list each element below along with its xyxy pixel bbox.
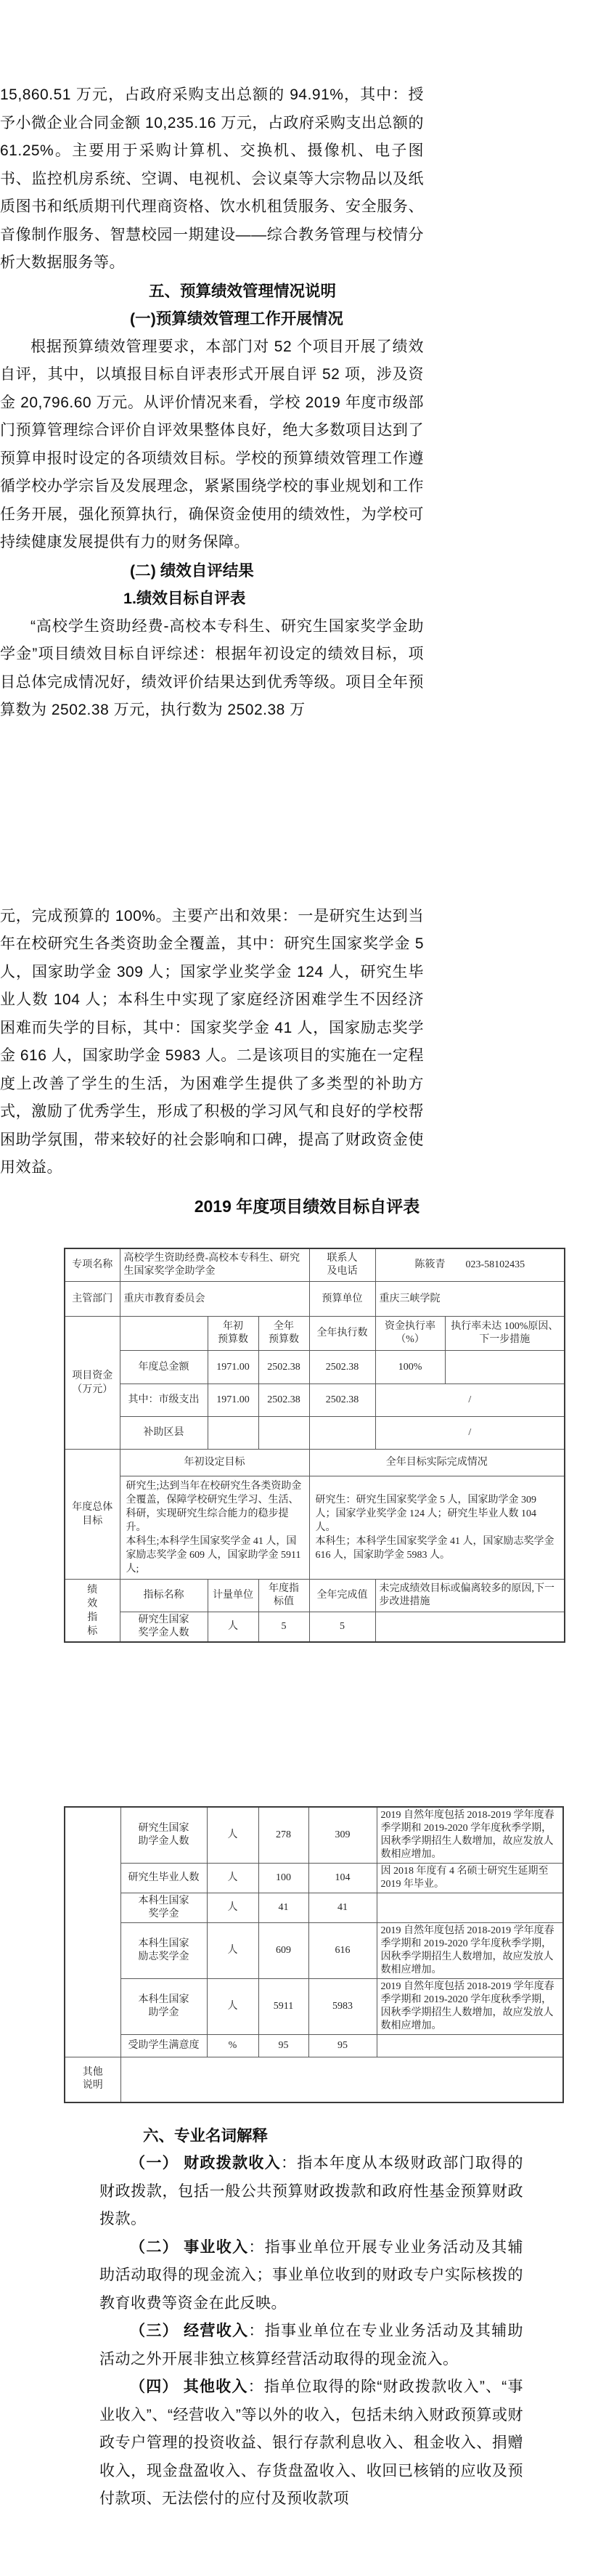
label-project-fund: 项目资金 （万元） — [65, 1317, 120, 1450]
page-break-gap — [0, 1643, 614, 1806]
fund-city-begin: 1971.00 — [208, 1384, 258, 1417]
indicator-actual: 5 — [309, 1612, 375, 1643]
table-row: 补助区县 / — [65, 1417, 565, 1450]
heading-section-6: 六、专业名词解释 — [99, 2122, 523, 2150]
indicator-target: 5911 — [258, 1979, 308, 2035]
table-row: 受助学生满意度 % 95 95 — [65, 2035, 563, 2057]
term-name: （一） 财政拨款收入 — [130, 2155, 281, 2171]
indicator-name: 本科生国家 奖学金 — [120, 1893, 207, 1923]
indicator-actual: 5983 — [308, 1979, 377, 2035]
page-break-gap — [0, 725, 614, 903]
fund-county-year — [258, 1417, 309, 1450]
term-business-income: （三） 经营收入：指事业单位在专业业务活动及其辅助活动之外开展非独立核算经营活动… — [99, 2317, 523, 2373]
indicator-reason: 2019 自然年度包括 2018-2019 学年度春季学期和 2019-2020… — [377, 1807, 563, 1864]
indicator-actual: 41 — [308, 1893, 377, 1923]
heading-5-1: (一)预算绩效管理工作开展情况 — [99, 305, 523, 333]
goal-initial-text: 研究生;达到当年在校研究生各类资助金全覆盖，保障学校研究生学习、生活、科研，实现… — [120, 1476, 309, 1580]
fund-city-exec: 2502.38 — [309, 1384, 375, 1417]
table-row: 年度总金额 1971.00 2502.38 2502.38 100% — [65, 1351, 565, 1384]
empty-cell — [120, 1317, 208, 1351]
indicator-target: 609 — [258, 1923, 308, 1979]
indicator-name: 研究生国家 助学金人数 — [120, 1807, 207, 1864]
header-indicator-name: 指标名称 — [120, 1580, 208, 1612]
value-project-name: 高校学生资助经费-高校本专科生、研究生国家奖学金助学金 — [120, 1248, 309, 1282]
table-row: 本科生国家 奖学金 人 41 41 — [65, 1893, 563, 1923]
indicator-actual: 616 — [308, 1923, 377, 1979]
paragraph-procurement: 15,860.51 万元，占政府采购支出总额的 94.91%，其中：授予小微企业… — [0, 81, 424, 277]
term-fiscal-appropriation: （一） 财政拨款收入：指本年度从本级财政部门取得的财政拨款，包括一般公共预算财政… — [99, 2150, 523, 2234]
indicator-actual: 95 — [308, 2035, 377, 2057]
paragraph-performance-overview: 根据预算绩效管理要求，本部门对 52 个项目开展了绩效自评，其中，以填报目标自评… — [0, 333, 424, 557]
fund-city-year: 2502.38 — [258, 1384, 309, 1417]
indicator-target: 95 — [258, 2035, 308, 2057]
header-indicator-actual: 全年完成值 — [309, 1580, 375, 1612]
indicator-target: 100 — [258, 1864, 308, 1893]
indicator-name: 研究生国家 奖学金人数 — [120, 1612, 208, 1643]
header-goal-actual: 全年目标实际完成情况 — [309, 1450, 565, 1476]
table-row: 研究生毕业人数 人 100 104 因 2018 年度有 4 名硕士研究生延期至… — [65, 1864, 563, 1893]
indicator-unit: 人 — [207, 1923, 258, 1979]
fund-total-year: 2502.38 — [258, 1351, 309, 1384]
table-row: 项目资金 （万元） 年初 预算数 全年 预算数 全年执行数 资金执行率 （%） … — [65, 1317, 565, 1351]
selfeval-table-page1: 专项名称 高校学生资助经费-高校本专科生、研究生国家奖学金助学金 联系人 及电话… — [64, 1248, 565, 1643]
table-row: 研究生;达到当年在校研究生各类资助金全覆盖，保障学校研究生学习、生活、科研，实现… — [65, 1476, 565, 1580]
indicator-reason: 2019 自然年度包括 2018-2019 学年度春季学期和 2019-2020… — [377, 1979, 563, 2035]
label-contact: 联系人 及电话 — [309, 1248, 375, 1282]
indicator-name: 研究生毕业人数 — [120, 1864, 207, 1893]
table-row: 其他 说明 — [65, 2057, 563, 2102]
fund-total-begin: 1971.00 — [208, 1351, 258, 1384]
header-begin-budget: 年初 预算数 — [208, 1317, 258, 1351]
header-exec-rate: 资金执行率 （%） — [375, 1317, 445, 1351]
selfeval-table-page2: 研究生国家 助学金人数 人 278 309 2019 自然年度包括 2018-2… — [64, 1806, 564, 2103]
fund-total-exec: 2502.38 — [309, 1351, 375, 1384]
heading-5-2-1: 1.绩效目标自评表 — [99, 585, 523, 613]
indicator-target: 41 — [258, 1893, 308, 1923]
header-exec-reason: 执行率未达 100%原因、 下一步措施 — [445, 1317, 565, 1351]
header-goal-initial: 年初设定目标 — [120, 1450, 309, 1476]
indicator-unit: 人 — [207, 1864, 258, 1893]
indicator-reason: 因 2018 年度有 4 名硕士研究生延期至 2019 年毕业。 — [377, 1864, 563, 1893]
term-name: （三） 经营收入 — [130, 2323, 248, 2339]
term-name: （四） 其他收入 — [130, 2378, 248, 2395]
label-supervisor: 主管部门 — [65, 1282, 120, 1317]
indicator-unit: % — [207, 2035, 258, 2057]
fund-county-begin — [208, 1417, 258, 1450]
table-row: 研究生国家 助学金人数 人 278 309 2019 自然年度包括 2018-2… — [65, 1807, 563, 1864]
table-row: 年度总体 目标 年初设定目标 全年目标实际完成情况 — [65, 1450, 565, 1476]
label-annual-goal: 年度总体 目标 — [65, 1450, 120, 1580]
goal-actual-text: 研究生：研究生国家奖学金 5 人，国家助学金 309 人；国家学业奖学金 124… — [309, 1476, 565, 1580]
label-budget-unit: 预算单位 — [309, 1282, 375, 1317]
header-indicator-reason: 未完成绩效目标或偏离较多的原因,下一步改进措施 — [375, 1580, 565, 1612]
indicator-unit: 人 — [208, 1612, 258, 1643]
fund-total-reason — [445, 1351, 565, 1384]
header-indicator-target: 年度指 标值 — [258, 1580, 309, 1612]
table-row: 绩 效 指 标 指标名称 计量单位 年度指 标值 全年完成值 未完成绩效目标或偏… — [65, 1580, 565, 1612]
paragraph-selfeval-part1: “高校学生资助经费-高校本专科生、研究生国家奖学金助学金”项目绩效目标自评综述：… — [0, 613, 424, 725]
table-row: 本科生国家 励志奖学金 人 609 616 2019 自然年度包括 2018-2… — [65, 1923, 563, 1979]
heading-5-2: (二) 绩效自评结果 — [99, 557, 523, 585]
indicator-unit: 人 — [207, 1979, 258, 2035]
document-page: 15,860.51 万元，占政府采购支出总额的 94.91%，其中：授予小微企业… — [0, 0, 614, 2576]
term-name: （二） 事业收入 — [130, 2239, 248, 2256]
table-row: 本科生国家 助学金 人 5911 5983 2019 自然年度包括 2018-2… — [65, 1979, 563, 2035]
value-contact: 陈筱青 023-58102435 — [375, 1248, 565, 1282]
fund-total-label: 年度总金额 — [120, 1351, 208, 1384]
heading-section-5: 五、预算绩效管理情况说明 — [99, 277, 523, 306]
header-year-exec: 全年执行数 — [309, 1317, 375, 1351]
label-project-name: 专项名称 — [65, 1248, 120, 1282]
value-supervisor: 重庆市教育委员会 — [120, 1282, 309, 1317]
indicator-actual: 104 — [308, 1864, 377, 1893]
indicator-name: 本科生国家 励志奖学金 — [120, 1923, 207, 1979]
paragraph-selfeval-part2: 元，完成预算的 100%。主要产出和效果：一是研究生达到当年在校研究生各类资助金… — [0, 903, 424, 1182]
indicator-reason — [377, 2035, 563, 2057]
fund-county-exec — [309, 1417, 375, 1450]
indicator-unit: 人 — [207, 1893, 258, 1923]
indicator-actual: 309 — [308, 1807, 377, 1864]
table-row: 其中：市级支出 1971.00 2502.38 2502.38 / — [65, 1384, 565, 1417]
label-perf-indicator: 绩 效 指 标 — [65, 1580, 120, 1643]
table-row: 研究生国家 奖学金人数 人 5 5 — [65, 1612, 565, 1643]
label-other-notes: 其他 说明 — [65, 2057, 120, 2102]
indicator-name: 受助学生满意度 — [120, 2035, 207, 2057]
indicator-reason — [377, 1893, 563, 1923]
header-indicator-unit: 计量单位 — [208, 1580, 258, 1612]
fund-city-label: 其中：市级支出 — [120, 1384, 208, 1417]
fund-county-label: 补助区县 — [120, 1417, 208, 1450]
indicator-unit: 人 — [207, 1807, 258, 1864]
indicator-reason — [375, 1612, 565, 1643]
indicator-target: 5 — [258, 1612, 309, 1643]
table-row: 主管部门 重庆市教育委员会 预算单位 重庆三峡学院 — [65, 1282, 565, 1317]
header-year-budget: 全年 预算数 — [258, 1317, 309, 1351]
value-other-notes — [120, 2057, 563, 2102]
term-operating-income: （二） 事业收入：指事业单位开展专业业务活动及其辅助活动取得的现金流入；事业单位… — [99, 2234, 523, 2318]
fund-total-rate: 100% — [375, 1351, 445, 1384]
indicator-reason: 2019 自然年度包括 2018-2019 学年度春季学期和 2019-2020… — [377, 1923, 563, 1979]
value-budget-unit: 重庆三峡学院 — [375, 1282, 565, 1317]
indicator-target: 278 — [258, 1807, 308, 1864]
table-row: 专项名称 高校学生资助经费-高校本专科生、研究生国家奖学金助学金 联系人 及电话… — [65, 1248, 565, 1282]
table-title: 2019 年度项目绩效目标自评表 — [0, 1190, 614, 1223]
indicator-name: 本科生国家 助学金 — [120, 1979, 207, 2035]
term-other-income: （四） 其他收入：指单位取得的除“财政拨款收入”、“事业收入”、“经营收入”等以… — [99, 2373, 523, 2514]
term-definition: ：指单位取得的除“财政拨款收入”、“事业收入”、“经营收入”等以外的收入，包括未… — [99, 2378, 523, 2507]
perf-indicator-continuation — [65, 1807, 120, 2057]
fund-county-slash: / — [375, 1417, 565, 1450]
fund-city-slash: / — [375, 1384, 565, 1417]
